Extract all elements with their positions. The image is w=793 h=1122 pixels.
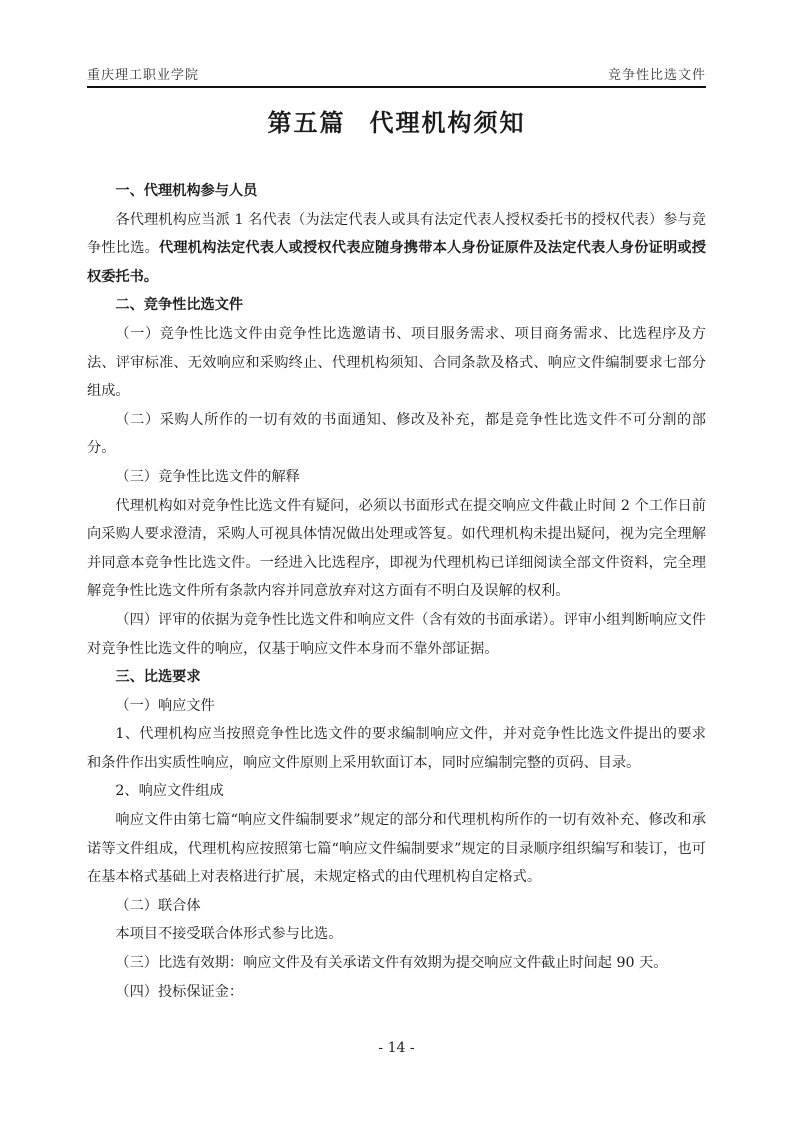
- page-header: 重庆理工职业学院 竞争性比选文件: [87, 60, 706, 82]
- subsection-3-2-title: （二）联合体: [87, 892, 706, 921]
- paragraph-2-3-title: （三）竞争性比选文件的解释: [87, 463, 706, 492]
- subsection-3-2-body: 本项目不接受联合体形式参与比选。: [87, 920, 706, 949]
- paragraph-2-2: （二）采购人所作的一切有效的书面通知、修改及补充，都是竞争性比选文件不可分割的部…: [87, 406, 706, 463]
- section-heading-2: 二、竞争性比选文件: [87, 291, 706, 320]
- paragraph-2-1: （一）竞争性比选文件由竞争性比选邀请书、项目服务需求、项目商务需求、比选程序及方…: [87, 320, 706, 406]
- paragraph-participants: 各代理机构应当派 1 名代表（为法定代表人或具有法定代表人授权委托书的授权代表）…: [87, 206, 706, 292]
- paragraph-participants-bold: 代理机构法定代表人或授权代表应随身携带本人身份证原件及法定代表人身份证明或授权委…: [87, 240, 706, 285]
- page-number: - 14 -: [0, 1040, 793, 1056]
- item-3-1-2-title: 2、响应文件组成: [87, 777, 706, 806]
- subsection-3-3: （三）比选有效期：响应文件及有关承诺文件有效期为提交响应文件截止时间起 90 天…: [87, 949, 706, 978]
- title-name: 代理机构须知: [370, 109, 526, 137]
- header-institution: 重庆理工职业学院: [87, 64, 199, 83]
- header-doc-type: 竞争性比选文件: [608, 64, 706, 83]
- paragraph-2-3-body: 代理机构如对竞争性比选文件有疑问，必须以书面形式在提交响应文件截止时间 2 个工…: [87, 492, 706, 606]
- document-body: 一、代理机构参与人员 各代理机构应当派 1 名代表（为法定代表人或具有法定代表人…: [87, 177, 706, 1006]
- section-heading-1: 一、代理机构参与人员: [87, 177, 706, 206]
- item-3-1-2-body: 响应文件由第七篇“响应文件编制要求”规定的部分和代理机构所作的一切有效补充、修改…: [87, 806, 706, 892]
- subsection-3-1-title: （一）响应文件: [87, 692, 706, 721]
- header-divider: [87, 86, 706, 88]
- subsection-3-4: （四）投标保证金：: [87, 978, 706, 1007]
- item-3-1-1: 1、代理机构应当按照竞争性比选文件的要求编制响应文件，并对竞争性比选文件提出的要…: [87, 720, 706, 777]
- paragraph-2-4: （四）评审的依据为竞争性比选文件和响应文件（含有效的书面承诺）。评审小组判断响应…: [87, 606, 706, 663]
- section-heading-3: 三、比选要求: [87, 663, 706, 692]
- title-part: 第五篇: [268, 109, 346, 137]
- page-title: 第五篇代理机构须知: [0, 103, 793, 138]
